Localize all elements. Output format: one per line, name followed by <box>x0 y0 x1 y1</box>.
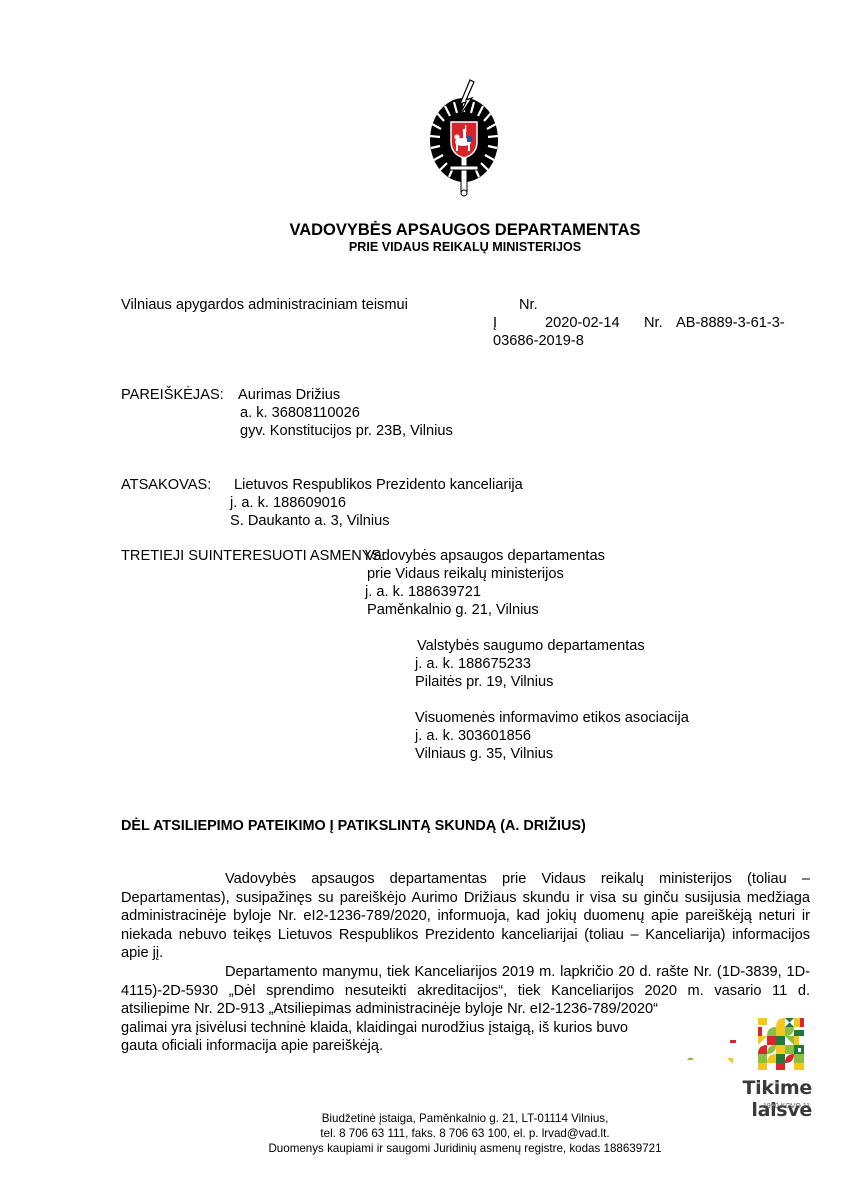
third-party-3-code: j. a. k. 303601856 <box>415 727 531 745</box>
applicant-address: gyv. Konstitucijos pr. 23B, Vilnius <box>240 422 453 440</box>
reference-case-nr: AB-8889-3-61-3- <box>676 314 785 332</box>
footer-line-3: Duomenys kaupiami ir saugomi Juridinių a… <box>0 1141 850 1156</box>
campaign-date: 1990 KOVO 11 <box>687 1103 810 1110</box>
third-party-2-address: Pilaitės pr. 19, Vilnius <box>415 673 553 691</box>
third-party-2-name: Valstybės saugumo departamentas <box>417 637 645 655</box>
third-party-1-name: Vadovybės apsaugos departamentas <box>365 547 605 565</box>
third-party-3-name: Visuomenės informavimo etikos asociacija <box>415 709 689 727</box>
third-party-2-code: j. a. k. 188675233 <box>415 655 531 673</box>
document-footer: Biudžetinė įstaiga, Paměnkalnio g. 21, L… <box>0 1111 850 1156</box>
respondent-name: Lietuvos Respublikos Prezidento kancelia… <box>234 476 523 494</box>
footer-line-2: tel. 8 706 63 111, faks. 8 706 63 100, e… <box>0 1126 850 1141</box>
reference-case-nr-cont: 03686-2019-8 <box>493 332 584 350</box>
third-party-1-code: j. a. k. 188639721 <box>365 583 481 601</box>
applicant-name: Aurimas Drižius <box>238 386 340 404</box>
document-subject: DĖL ATSILIEPIMO PATEIKIMO Į PATIKSLINTĄ … <box>121 818 586 834</box>
reference-nr-label: Nr. <box>519 296 538 314</box>
third-party-1-address: Paměnkalnio g. 21, Vilnius <box>367 601 539 619</box>
reference-in-reply-label: Į <box>493 314 497 332</box>
respondent-address: S. Daukanto a. 3, Vilnius <box>230 512 390 530</box>
respondent-code: j. a. k. 188609016 <box>230 494 346 512</box>
body-tail-line-1: galimai yra įsivėlusi techninė klaida, k… <box>121 1019 628 1038</box>
respondent-label: ATSAKOVAS: <box>121 476 211 494</box>
third-party-1-name-line2: prie Vidaus reikalų ministerijos <box>367 565 564 583</box>
tikime-laisve-mosaic-icon <box>687 1018 812 1074</box>
third-parties-label: TRETIEJI SUINTERESUOTI ASMENYS: <box>121 547 385 565</box>
applicant-label: PAREIŠKĖJAS: <box>121 386 224 404</box>
applicant-code: a. k. 36808110026 <box>240 404 360 422</box>
campaign-badge: Tikime laisve 1990 KOVO 11 <box>687 1018 812 1118</box>
addressee: Vilniaus apygardos administraciniam teis… <box>121 296 408 314</box>
org-name: VADOVYBĖS APSAUGOS DEPARTAMENTAS <box>0 221 850 240</box>
third-party-3-address: Vilniaus g. 35, Vilnius <box>415 745 553 763</box>
body-tail-line-2: gauta oficiali informacija apie pareiškė… <box>121 1037 383 1056</box>
body-text: Vadovybės apsaugos departamentas prie Vi… <box>121 870 810 1019</box>
body-paragraph-2: Departamento manymu, tiek Kanceliarijos … <box>121 963 810 1019</box>
body-paragraph-1: Vadovybės apsaugos departamentas prie Vi… <box>121 870 810 963</box>
reference-nr-label-2: Nr. <box>644 314 663 332</box>
reference-date: 2020-02-14 <box>545 314 620 332</box>
vad-emblem-icon <box>424 78 504 198</box>
footer-line-1: Biudžetinė įstaiga, Paměnkalnio g. 21, L… <box>0 1111 850 1126</box>
org-subtitle: PRIE VIDAUS REIKALŲ MINISTERIJOS <box>0 240 850 254</box>
